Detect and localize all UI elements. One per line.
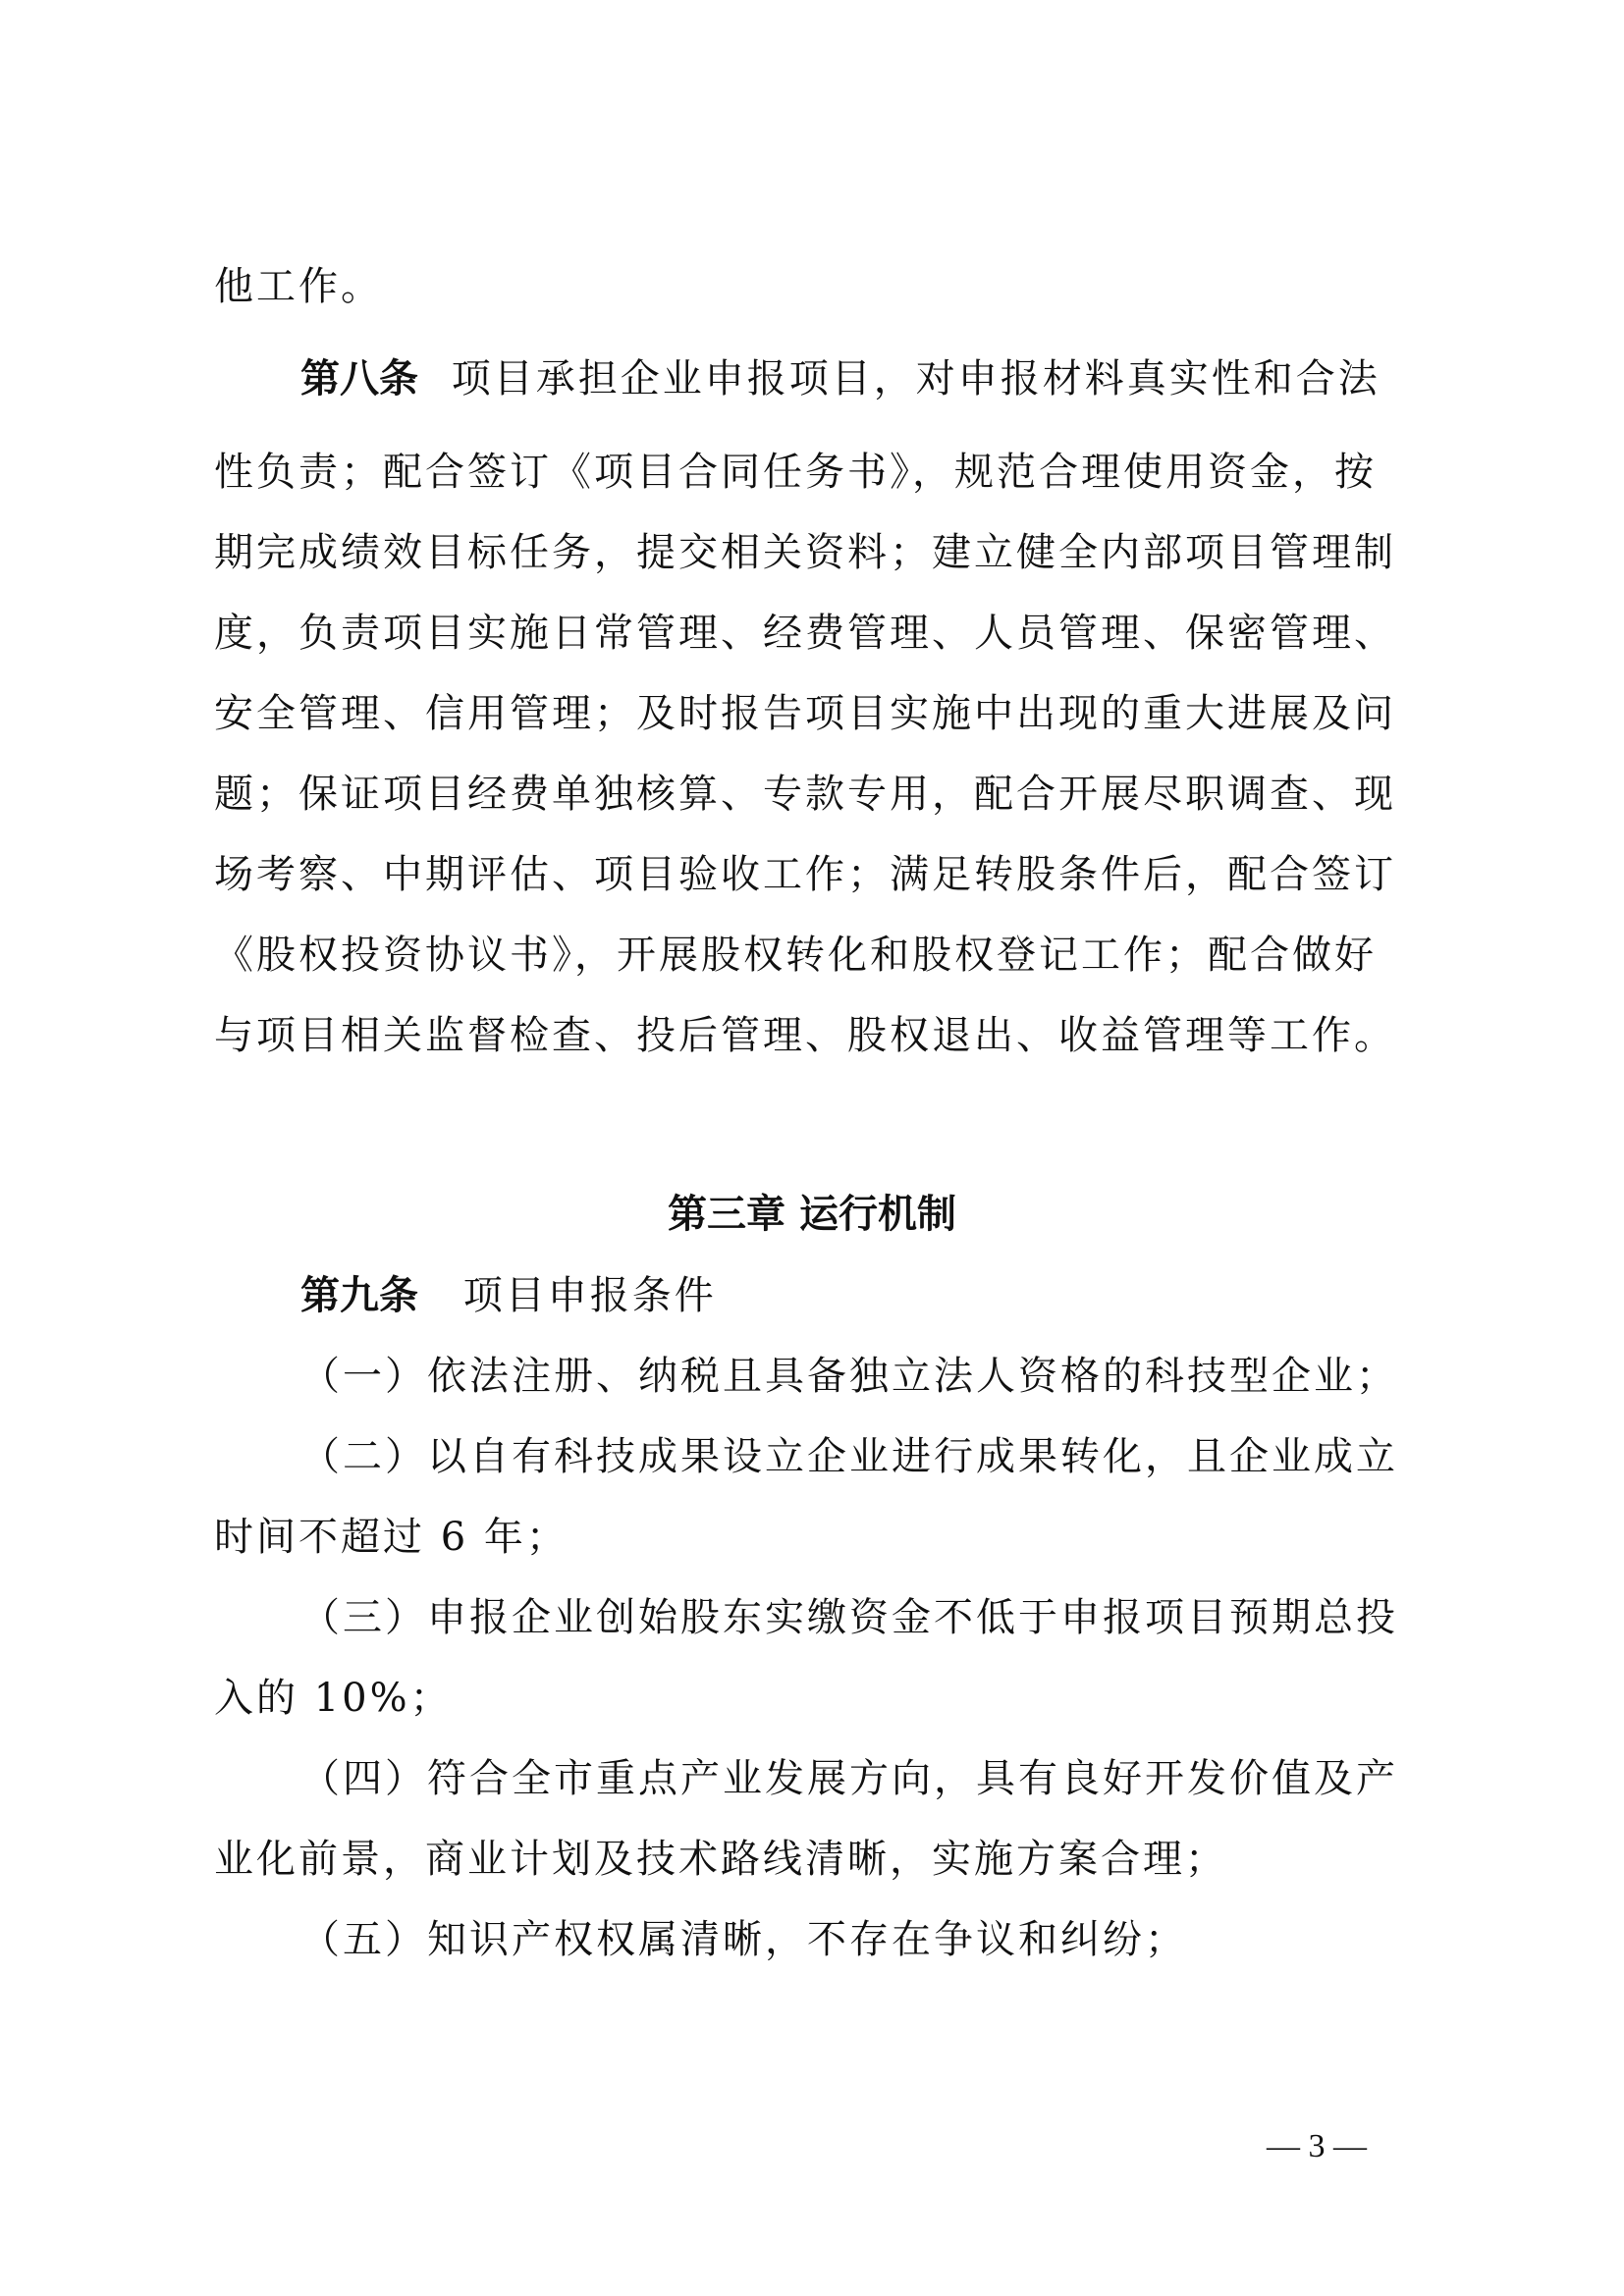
paragraph-line: 安全管理、信用管理；及时报告项目实施中出现的重大进展及问 <box>214 686 1432 741</box>
paragraph-line: 场考察、中期评估、项目验收工作；满足转股条件后，配合签订 <box>214 847 1432 902</box>
paragraph-line: 题；保证项目经费单独核算、专款专用，配合开展尽职调查、现 <box>214 767 1432 822</box>
paragraph-line: 性负责；配合签订《项目合同任务书》，规范合理使用资金，按 <box>214 445 1432 500</box>
chapter-title: 第三章 运行机制 <box>0 1187 1624 1242</box>
paragraph-line: 期完成绩效目标任务，提交相关资料；建立健全内部项目管理制 <box>214 525 1432 580</box>
paragraph-line: 他工作。 <box>214 259 1432 314</box>
list-item: （四）符合全市重点产业发展方向，具有良好开发价值及产 <box>300 1751 1518 1806</box>
article-8-first-line: 第八条 项目承担企业申报项目，对申报材料真实性和合法 <box>300 351 1518 406</box>
list-item: （五）知识产权权属清晰，不存在争议和纠纷； <box>300 1912 1518 1967</box>
list-item-continuation: 入的 10%； <box>214 1671 1432 1726</box>
article-label: 第八条 <box>300 356 418 401</box>
list-item-continuation: 时间不超过 6 年； <box>214 1510 1432 1565</box>
paragraph-text: 项目承担企业申报项目，对申报材料真实性和合法 <box>452 356 1380 401</box>
list-item: （一）依法注册、纳税且具备独立法人资格的科技型企业； <box>300 1349 1518 1404</box>
article-9-heading: 第九条 项目申报条件 <box>300 1268 1518 1323</box>
paragraph-line: 度，负责项目实施日常管理、经费管理、人员管理、保密管理、 <box>214 606 1432 661</box>
paragraph-line: 《股权投资协议书》，开展股权转化和股权登记工作；配合做好 <box>214 928 1432 983</box>
paragraph-line: 与项目相关监督检查、投后管理、股权退出、收益管理等工作。 <box>214 1008 1432 1063</box>
list-item: （二）以自有科技成果设立企业进行成果转化，且企业成立 <box>300 1429 1518 1484</box>
document-page: 他工作。 第八条 项目承担企业申报项目，对申报材料真实性和合法 性负责；配合签订… <box>0 0 1624 2296</box>
list-item-continuation: 业化前景，商业计划及技术路线清晰，实施方案合理； <box>214 1832 1432 1887</box>
article-title: 项目申报条件 <box>463 1273 717 1318</box>
page-number: — 3 — <box>1267 2125 1367 2168</box>
article-label: 第九条 <box>300 1273 418 1318</box>
list-item: （三）申报企业创始股东实缴资金不低于申报项目预期总投 <box>300 1590 1518 1645</box>
